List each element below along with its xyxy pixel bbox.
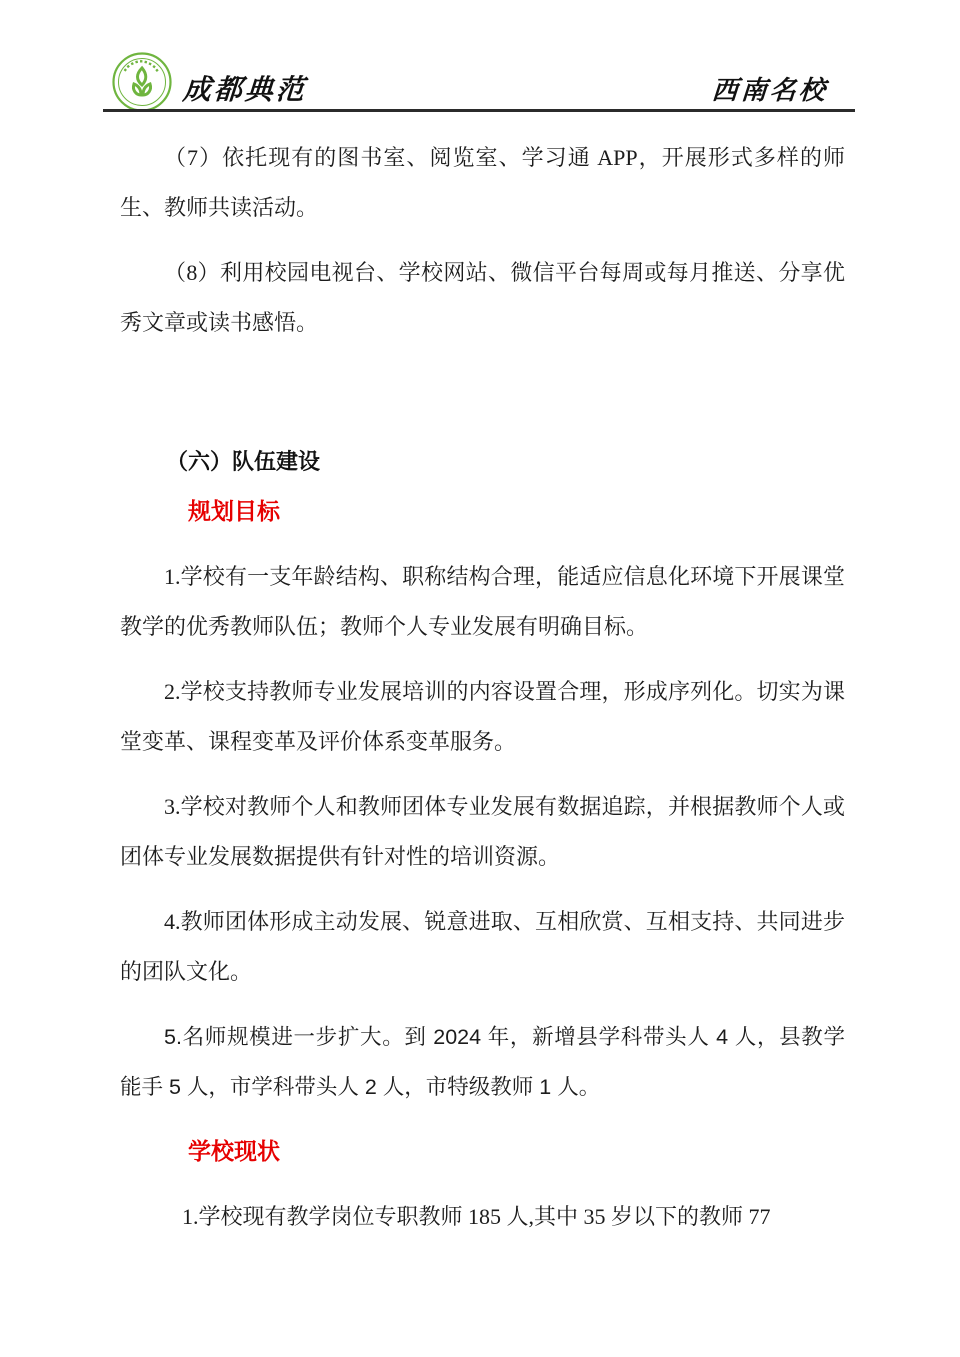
paragraph-item-8: （8）利用校园电视台、学校网站、微信平台每周或每月推送、分享优秀文章或读书感悟。: [120, 248, 845, 348]
goal-paragraph-1: 1.学校有一支年龄结构、职称结构合理，能适应信息化环境下开展课堂教学的优秀教师队…: [120, 552, 845, 652]
goal-paragraph-4: 4.教师团体形成主动发展、锐意进取、互相欣赏、互相支持、共同进步的团队文化。: [120, 897, 845, 997]
subheading-school-status: 学校现状: [120, 1127, 845, 1177]
goal-paragraph-2: 2.学校支持教师专业发展培训的内容设置合理，形成序列化。切实为课堂变革、课程变革…: [120, 667, 845, 767]
subheading-planning-goals: 规划目标: [120, 487, 845, 537]
brand-calligraphy-left: 成都典范: [182, 68, 309, 108]
goal-paragraph-3: 3.学校对教师个人和教师团体专业发展有数据追踪，并根据教师个人或团体专业发展数据…: [120, 782, 845, 882]
paragraph-item-7: （7）依托现有的图书室、阅览室、学习通 APP，开展形式多样的师生、教师共读活动…: [120, 133, 845, 233]
section-heading-team-building: （六）队伍建设: [120, 437, 845, 487]
header-divider: [103, 109, 855, 112]
blank-paragraph: [120, 363, 845, 437]
document-page: 成都典范 西南名校 （7）依托现有的图书室、阅览室、学习通 APP，开展形式多样…: [0, 0, 960, 1357]
document-body: （7）依托现有的图书室、阅览室、学习通 APP，开展形式多样的师生、教师共读活动…: [0, 115, 960, 1257]
status-paragraph-1: 1.学校现有教学岗位专职教师 185 人,其中 35 岁以下的教师 77: [120, 1192, 845, 1242]
school-badge-icon: [112, 52, 172, 112]
goal-paragraph-5: 5.名师规模进一步扩大。到 2024 年，新增县学科带头人 4 人，县教学能手 …: [120, 1012, 845, 1112]
page-header: 成都典范 西南名校: [0, 0, 960, 115]
brand-calligraphy-right: 西南名校: [711, 70, 830, 107]
